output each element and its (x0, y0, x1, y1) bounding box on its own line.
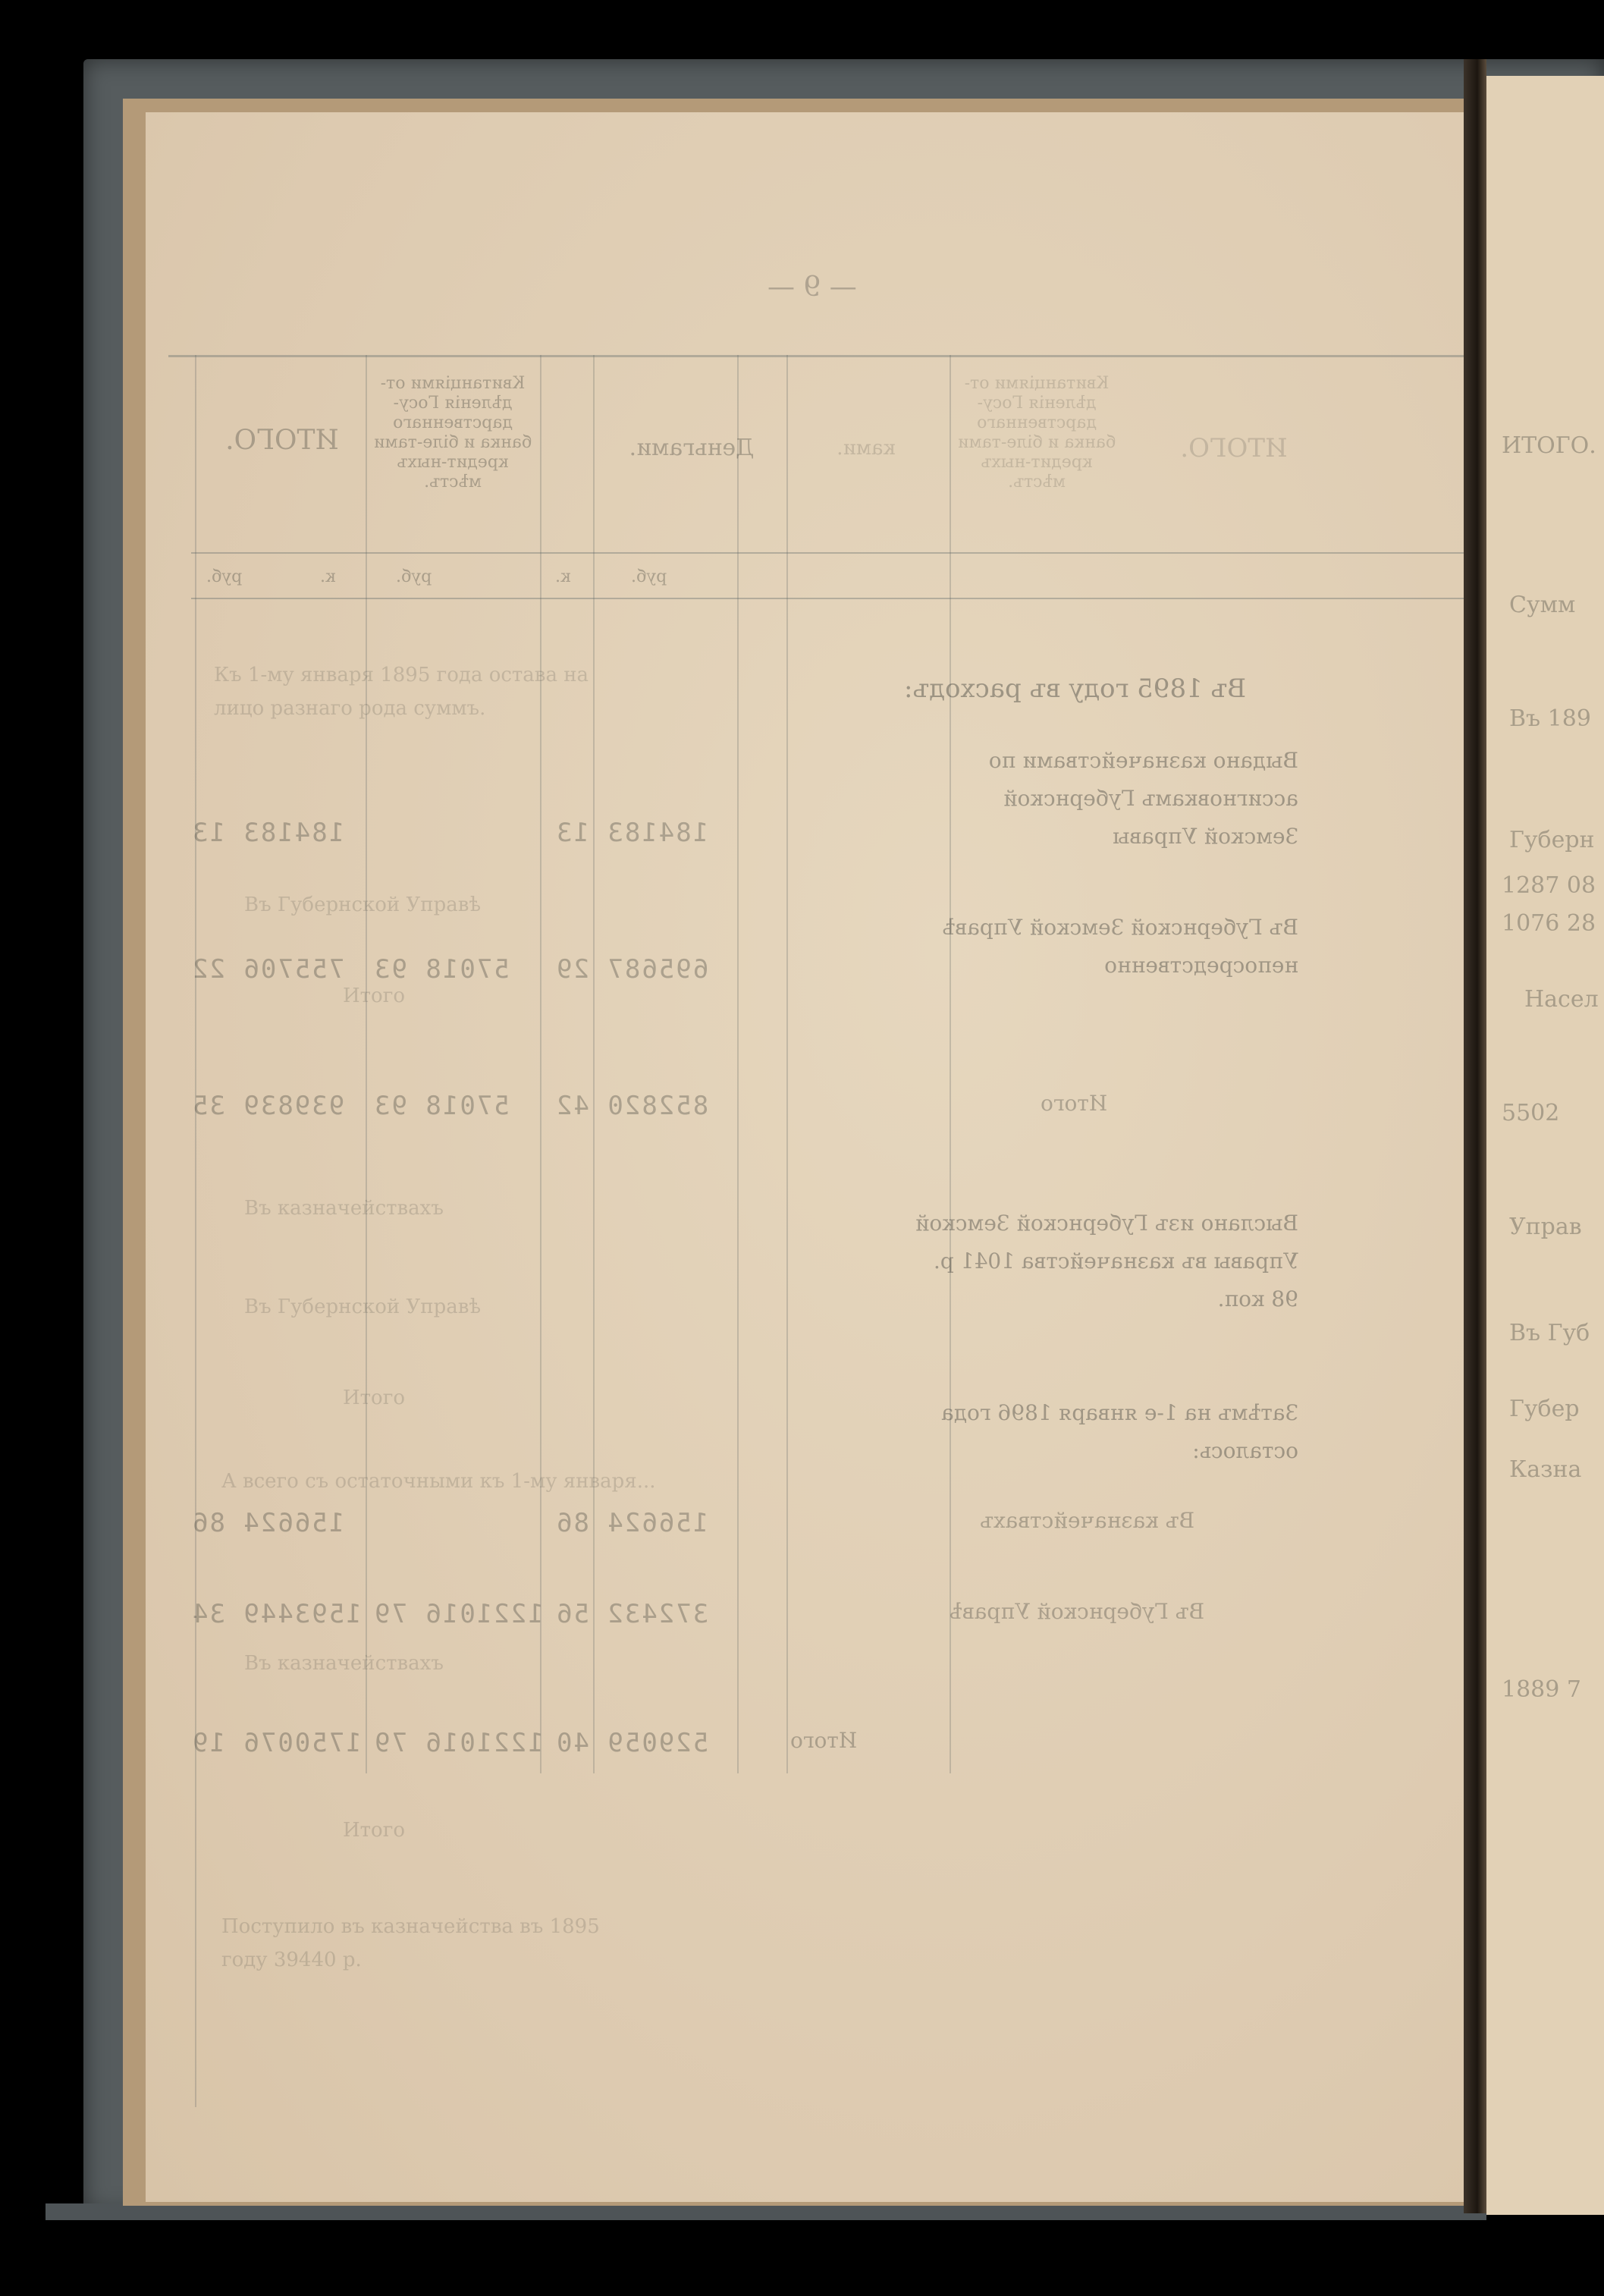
table-col-rule (540, 355, 541, 1773)
row-value: 695687 29 (555, 954, 708, 985)
row-label: Въ Губернской Земской Управѣ непосредств… (904, 909, 1298, 985)
faint-row: Поступило въ казначейства въ 1895 году 3… (221, 1910, 601, 1977)
adjacent-page-text: Губер (1509, 1396, 1580, 1422)
header-right-bills: Квитанціями от-дѣленія Госу-дарственнаго… (953, 374, 1120, 492)
row-label: Затѣмъ на 1-е января 1896 года осталось: (904, 1394, 1298, 1470)
row-value: 529059 40 (555, 1728, 708, 1758)
row-label: Въ 1895 году въ расходъ: (904, 674, 1246, 704)
table-col-rule (950, 355, 951, 1773)
row-label: Итого (790, 1728, 857, 1753)
page-number: — 9 — (767, 272, 857, 303)
book-page: — 9 — ИТОГО. Квитанціями от-дѣленія Госу… (146, 112, 1473, 2202)
adjacent-page-text: Казна (1509, 1456, 1581, 1483)
unit-label: руб. (631, 567, 667, 586)
units-divider (191, 598, 1473, 599)
adjacent-page-text: 1076 28 (1502, 910, 1596, 937)
adjacent-page-text: Въ 189 (1509, 705, 1591, 732)
adjacent-page-text: Сумм (1509, 592, 1575, 618)
row-value: 57018 93 (373, 954, 510, 985)
table-col-rule (366, 355, 367, 1773)
faint-row: Итого (343, 1819, 405, 1842)
adjacent-page: ИТОГО. Сумм Въ 189 Губерн 1287 08 1076 2… (1486, 76, 1604, 2215)
table-top-rule (168, 355, 1473, 357)
row-value: 1593449 34 (191, 1599, 362, 1629)
adjacent-page-text: Насел (1524, 986, 1599, 1013)
unit-label: руб. (396, 567, 432, 586)
faint-row: Итого (343, 985, 405, 1007)
adjacent-page-text: Губерн (1509, 827, 1595, 853)
row-value: 852820 42 (555, 1091, 708, 1121)
adjacent-page-text: 1889 7 (1502, 1676, 1581, 1703)
adjacent-page-text: Управ (1509, 1214, 1582, 1240)
faint-row: Въ Губернской Управѣ (244, 1296, 481, 1318)
row-value: 1750076 19 (191, 1728, 362, 1758)
header-right-itogo: ИТОГО. (1147, 438, 1321, 458)
adjacent-page-text: ИТОГО. (1502, 432, 1596, 459)
row-label: Итого (1041, 1091, 1107, 1116)
faint-row: Въ Губернской Управѣ (244, 894, 481, 916)
row-value: 1221016 79 (373, 1728, 544, 1758)
cover-bottom-edge (46, 2203, 1486, 2220)
unit-label: к. (320, 567, 336, 586)
adjacent-page-text: 1287 08 (1502, 872, 1596, 899)
faint-row: А всего съ остаточными къ 1-му января... (221, 1470, 656, 1493)
row-value: 156624 86 (555, 1508, 708, 1538)
table-col-rule (786, 355, 788, 1773)
row-value: 372432 56 (555, 1599, 708, 1629)
header-itogo: ИТОГО. (199, 431, 366, 451)
faint-row: Итого (343, 1387, 405, 1409)
header-bills: Квитанціями от-дѣленія Госу-дарственнаго… (373, 374, 532, 492)
faint-row: Въ казначействахъ (244, 1652, 444, 1675)
row-value: 156624 86 (191, 1508, 344, 1538)
table-col-rule (737, 355, 739, 1773)
row-value: 184183 13 (191, 818, 344, 848)
row-label: Въ Губернской Управѣ (950, 1599, 1204, 1624)
row-value: 755706 22 (191, 954, 344, 985)
row-label: Въ казначействахъ (980, 1508, 1194, 1533)
faint-row: Въ казначействахъ (244, 1197, 444, 1220)
unit-label: к. (555, 567, 571, 586)
table-col-rule (593, 355, 595, 1773)
table-col-rule (195, 355, 196, 2107)
row-value: 57018 93 (373, 1091, 510, 1121)
row-value: 1221016 79 (373, 1599, 544, 1629)
header-cash: Деньгами. (601, 438, 783, 458)
adjacent-page-text: Въ Губ (1509, 1320, 1590, 1346)
row-value: 939839 35 (191, 1091, 344, 1121)
book-gutter (1464, 59, 1486, 2213)
row-value: 184183 13 (555, 818, 708, 848)
row-label: Выслано изъ Губернской Земской Управы въ… (904, 1205, 1298, 1318)
header-cash-partial: ками. (790, 438, 942, 458)
adjacent-page-text: 5502 (1502, 1100, 1559, 1126)
unit-label: руб. (206, 567, 242, 586)
faint-row: Къ 1-му января 1895 года остава на лицо … (214, 658, 593, 725)
header-divider (191, 552, 1473, 554)
row-label: Выдано казначействами по ассигновкамъ Гу… (904, 742, 1298, 856)
